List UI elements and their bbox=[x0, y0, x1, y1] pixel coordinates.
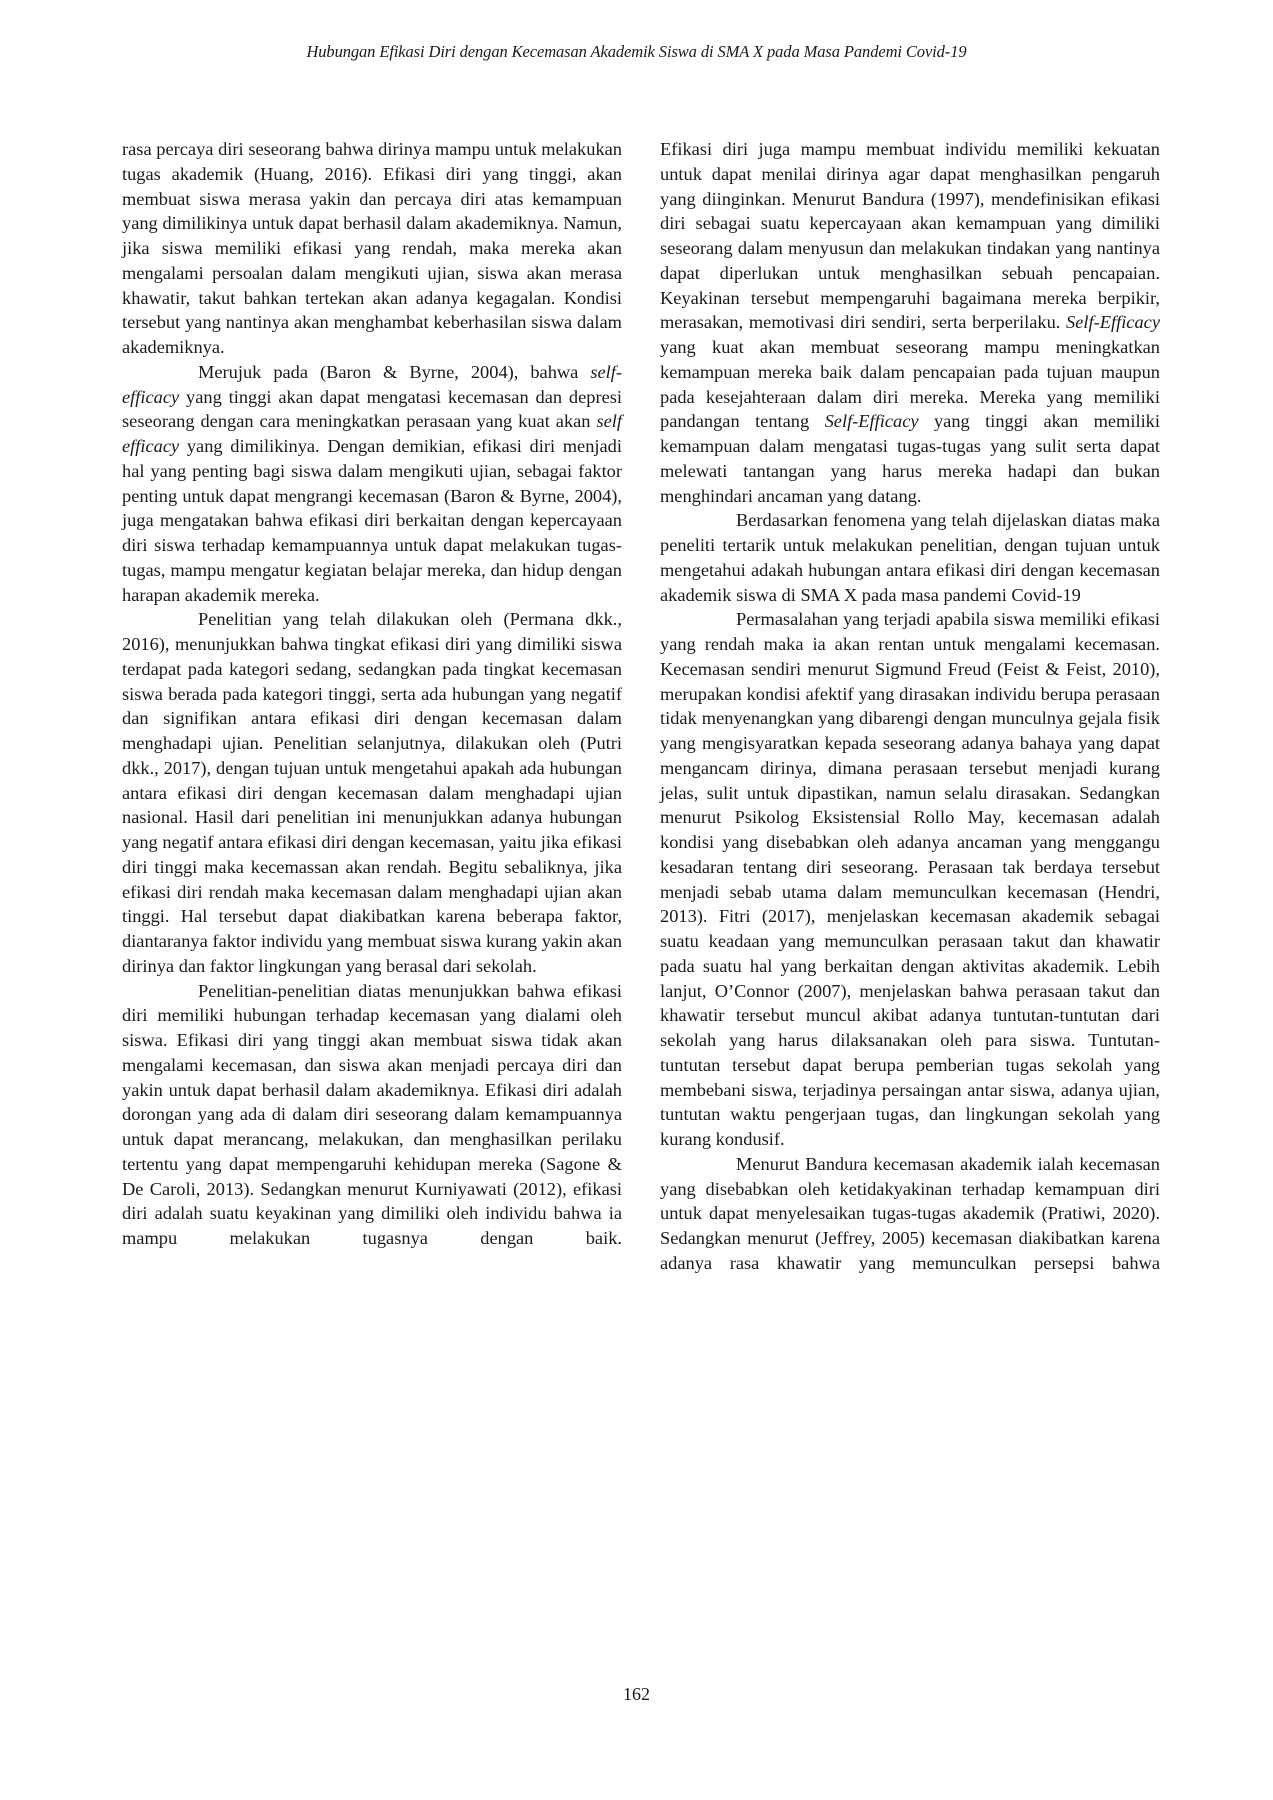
paragraph: Penelitian yang telah dilakukan oleh (Pe… bbox=[122, 607, 622, 978]
left-column: rasa percaya diri seseorang bahwa diriny… bbox=[122, 137, 622, 1251]
italic-term: Self-Efficacy bbox=[825, 411, 919, 431]
paragraph: Berdasarkan fenomena yang telah dijelask… bbox=[660, 508, 1160, 607]
text-run: Penelitian yang telah dilakukan oleh (Pe… bbox=[122, 609, 622, 976]
paragraph: Permasalahan yang terjadi apabila siswa … bbox=[660, 607, 1160, 1152]
paragraph: Efikasi diri juga mampu membuat individu… bbox=[660, 137, 1160, 508]
paragraph: rasa percaya diri seseorang bahwa diriny… bbox=[122, 137, 622, 360]
page-number: 162 bbox=[0, 1684, 1273, 1705]
text-run: yang tinggi akan dapat mengatasi kecemas… bbox=[122, 387, 622, 432]
italic-term: Self-Efficacy bbox=[1066, 312, 1160, 332]
right-column: Efikasi diri juga mampu membuat individu… bbox=[660, 137, 1160, 1276]
text-run: Menurut Bandura kecemasan akademik ialah… bbox=[660, 1154, 1160, 1273]
paragraph: Merujuk pada (Baron & Byrne, 2004), bahw… bbox=[122, 360, 622, 608]
text-run: Merujuk pada (Baron & Byrne, 2004), bahw… bbox=[198, 362, 590, 382]
text-run: Penelitian-penelitian diatas menunjukkan… bbox=[122, 981, 622, 1249]
text-run: rasa percaya diri seseorang bahwa diriny… bbox=[122, 139, 622, 357]
paragraph: Menurut Bandura kecemasan akademik ialah… bbox=[660, 1152, 1160, 1276]
paragraph: Penelitian-penelitian diatas menunjukkan… bbox=[122, 979, 622, 1251]
text-run: Permasalahan yang terjadi apabila siswa … bbox=[660, 609, 1160, 1149]
text-run: yang dimilikinya. Dengan demikian, efika… bbox=[122, 436, 622, 605]
text-run: Efikasi diri juga mampu membuat individu… bbox=[660, 139, 1160, 332]
text-run: Berdasarkan fenomena yang telah dijelask… bbox=[660, 510, 1160, 604]
running-header-title: Hubungan Efikasi Diri dengan Kecemasan A… bbox=[0, 42, 1273, 62]
